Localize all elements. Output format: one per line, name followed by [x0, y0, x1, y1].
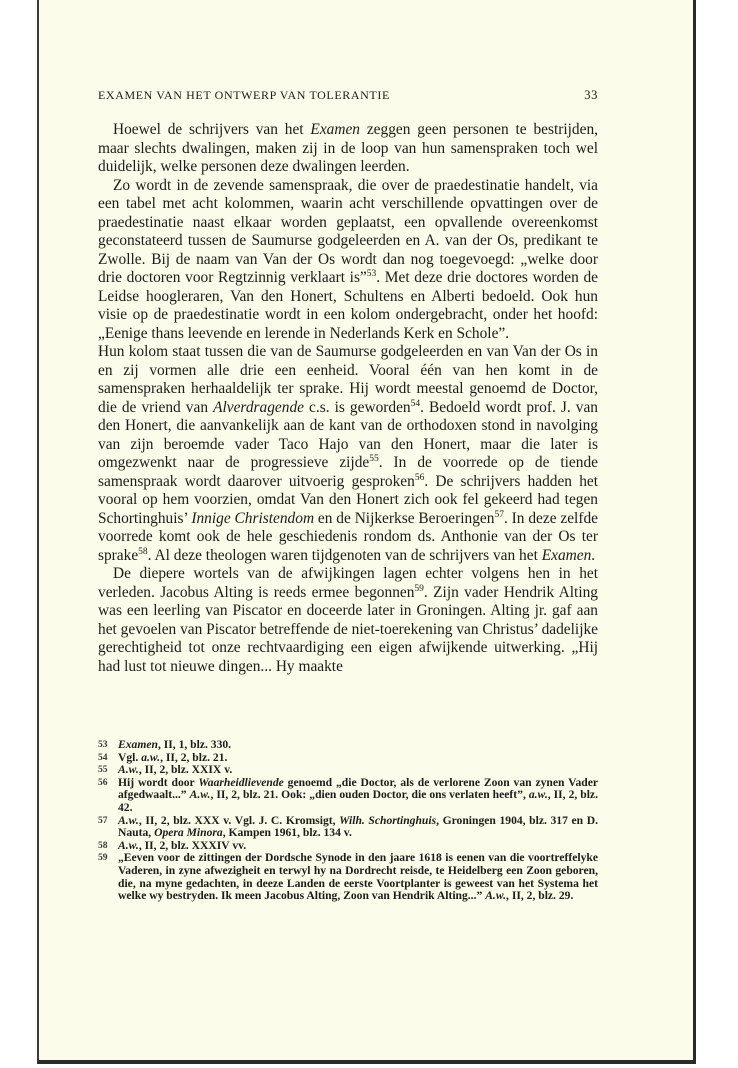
paragraph-4: De diepere wortels van de afwijkingen la… [98, 565, 598, 676]
footnote-text: A.w., II, 2, blz. XXIX v. [118, 763, 232, 776]
italic-title: Innige Christendom [191, 510, 314, 527]
footnote-text: Hij wordt door Waarheidlievende genoemd … [118, 776, 598, 814]
footnotes: 53Examen, II, 1, blz. 330.54Vgl. a.w., I… [98, 739, 598, 903]
paragraph-3: Hun kolom staat tussen die van de Saumur… [98, 343, 598, 565]
italic-name: Alverdragende [213, 399, 304, 416]
footnote-text: Vgl. a.w., II, 2, blz. 21. [118, 751, 227, 764]
footnote-ref-59[interactable]: 59 [414, 584, 424, 594]
page-number: 33 [584, 88, 598, 102]
footnote-number: 57 [98, 815, 108, 828]
paragraph-1: Hoewel de schrijvers van het Examen zegg… [98, 121, 598, 177]
footnote-text: Examen, II, 1, blz. 330. [118, 738, 231, 751]
footnote-57: 57A.w., II, 2, blz. XXX v. Vgl. J. C. Kr… [98, 815, 598, 840]
footnote-number: 58 [98, 840, 108, 853]
footnote-56: 56Hij wordt door Waarheidlievende genoem… [98, 777, 598, 815]
running-head-title: EXAMEN VAN HET ONTWERP VAN TOLERANTIE [98, 88, 390, 102]
footnote-text: A.w., II, 2, blz. XXXIV vv. [118, 839, 246, 852]
footnote-ref-53[interactable]: 53 [367, 269, 377, 279]
footnote-number: 55 [98, 764, 108, 777]
footnote-number: 56 [98, 777, 108, 790]
footnote-ref-58[interactable]: 58 [138, 547, 148, 557]
footnote-number: 54 [98, 752, 108, 765]
footnote-ref-54[interactable]: 54 [411, 399, 421, 409]
footnote-text: A.w., II, 2, blz. XXX v. Vgl. J. C. Krom… [118, 814, 598, 840]
footnote-number: 59 [98, 852, 108, 865]
footnote-ref-57[interactable]: 57 [494, 510, 504, 520]
footnote-ref-56[interactable]: 56 [415, 473, 425, 483]
footnote-number: 53 [98, 739, 108, 752]
body-text: Hoewel de schrijvers van het Examen zegg… [98, 121, 598, 676]
footnote-text: „Eeven voor de zittingen der Dordsche Sy… [118, 851, 598, 902]
footnote-ref-55[interactable]: 55 [369, 454, 379, 464]
italic-title: Examen [542, 547, 592, 564]
italic-title: Examen [310, 121, 360, 138]
footnote-59: 59„Eeven voor de zittingen der Dordsche … [98, 852, 598, 902]
paragraph-2: Zo wordt in de zevende samenspraak, die … [98, 177, 598, 344]
